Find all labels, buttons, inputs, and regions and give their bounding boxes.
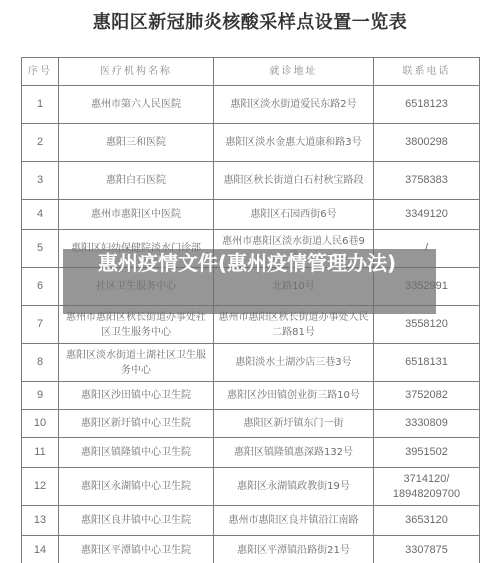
row-phone: 3758383 (374, 162, 480, 200)
header-institution: 医疗机构名称 (59, 58, 214, 86)
row-index: 12 (22, 468, 59, 506)
row-index: 13 (22, 506, 59, 536)
table-row: 14 惠阳区平潭镇中心卫生院 惠阳区平潭镇沿路街21号 3307875 (22, 536, 480, 563)
row-address: 惠阳区新圩镇东门一街 (214, 410, 374, 438)
table-row: 12 惠阳区永湖镇中心卫生院 惠阳区永湖镇政教街19号 3714120/ 189… (22, 468, 480, 506)
row-index: 1 (22, 86, 59, 124)
row-index: 2 (22, 124, 59, 162)
row-phone: 6518123 (374, 86, 480, 124)
row-index: 3 (22, 162, 59, 200)
row-address: 惠阳区平潭镇沿路街21号 (214, 536, 374, 563)
row-index: 14 (22, 536, 59, 563)
row-institution: 惠阳区良井镇中心卫生院 (59, 506, 214, 536)
row-phone: 6518131 (374, 344, 480, 382)
document-title: 惠阳区新冠肺炎核酸采样点设置一览表 (0, 8, 500, 34)
row-institution: 惠阳区平潭镇中心卫生院 (59, 536, 214, 563)
table-row: 10 惠阳区新圩镇中心卫生院 惠阳区新圩镇东门一街 3330809 (22, 410, 480, 438)
table-row: 2 惠阳三和医院 惠阳区淡水金惠大道康和路3号 3800298 (22, 124, 480, 162)
row-address: 惠阳区淡水街道爱民东路2号 (214, 86, 374, 124)
row-phone: 3330809 (374, 410, 480, 438)
row-address: 惠州市惠阳区良井镇沿江南路 (214, 506, 374, 536)
row-phone: 3752082 (374, 382, 480, 410)
row-institution: 惠阳区镇隆镇中心卫生院 (59, 438, 214, 468)
row-address: 惠阳区秋长街道白石村秋宝路段 (214, 162, 374, 200)
row-phone: 3714120/ 18948209700 (374, 468, 480, 506)
table-row: 13 惠阳区良井镇中心卫生院 惠州市惠阳区良井镇沿江南路 3653120 (22, 506, 480, 536)
table-row: 3 惠阳白石医院 惠阳区秋长街道白石村秋宝路段 3758383 (22, 162, 480, 200)
row-address: 惠阳区石园西街6号 (214, 200, 374, 230)
row-index: 9 (22, 382, 59, 410)
row-address: 惠阳区永湖镇政教街19号 (214, 468, 374, 506)
table-row: 8 惠阳区淡水街道土湖社区卫生服务中心 惠阳淡水土湖沙店三巷3号 6518131 (22, 344, 480, 382)
row-phone: 3951502 (374, 438, 480, 468)
row-address: 惠阳区镇隆镇惠深路132号 (214, 438, 374, 468)
header-address: 就诊地址 (214, 58, 374, 86)
row-institution: 惠阳三和医院 (59, 124, 214, 162)
caption-text: 惠州疫情文件(惠州疫情管理办法) (72, 250, 422, 276)
row-institution: 惠阳区新圩镇中心卫生院 (59, 410, 214, 438)
row-institution: 惠阳白石医院 (59, 162, 214, 200)
row-index: 6 (22, 268, 59, 306)
row-index: 8 (22, 344, 59, 382)
header-phone: 联系电话 (374, 58, 480, 86)
row-address: 惠阳区沙田镇创业街三路10号 (214, 382, 374, 410)
row-phone: 3307875 (374, 536, 480, 563)
row-index: 5 (22, 230, 59, 268)
row-institution: 惠阳区永湖镇中心卫生院 (59, 468, 214, 506)
row-index: 10 (22, 410, 59, 438)
row-index: 11 (22, 438, 59, 468)
row-index: 4 (22, 200, 59, 230)
row-institution: 惠阳区淡水街道土湖社区卫生服务中心 (59, 344, 214, 382)
row-institution: 惠州市惠阳区中医院 (59, 200, 214, 230)
row-phone: 3349120 (374, 200, 480, 230)
row-phone: 3653120 (374, 506, 480, 536)
table-row: 11 惠阳区镇隆镇中心卫生院 惠阳区镇隆镇惠深路132号 3951502 (22, 438, 480, 468)
row-institution: 惠州市第六人民医院 (59, 86, 214, 124)
row-phone: 3800298 (374, 124, 480, 162)
table-header-row: 序号 医疗机构名称 就诊地址 联系电话 (22, 58, 480, 86)
table-row: 9 惠阳区沙田镇中心卫生院 惠阳区沙田镇创业街三路10号 3752082 (22, 382, 480, 410)
header-index: 序号 (22, 58, 59, 86)
row-address: 惠阳淡水土湖沙店三巷3号 (214, 344, 374, 382)
row-address: 惠阳区淡水金惠大道康和路3号 (214, 124, 374, 162)
row-index: 7 (22, 306, 59, 344)
table-row: 1 惠州市第六人民医院 惠阳区淡水街道爱民东路2号 6518123 (22, 86, 480, 124)
row-institution: 惠阳区沙田镇中心卫生院 (59, 382, 214, 410)
table-row: 4 惠州市惠阳区中医院 惠阳区石园西街6号 3349120 (22, 200, 480, 230)
